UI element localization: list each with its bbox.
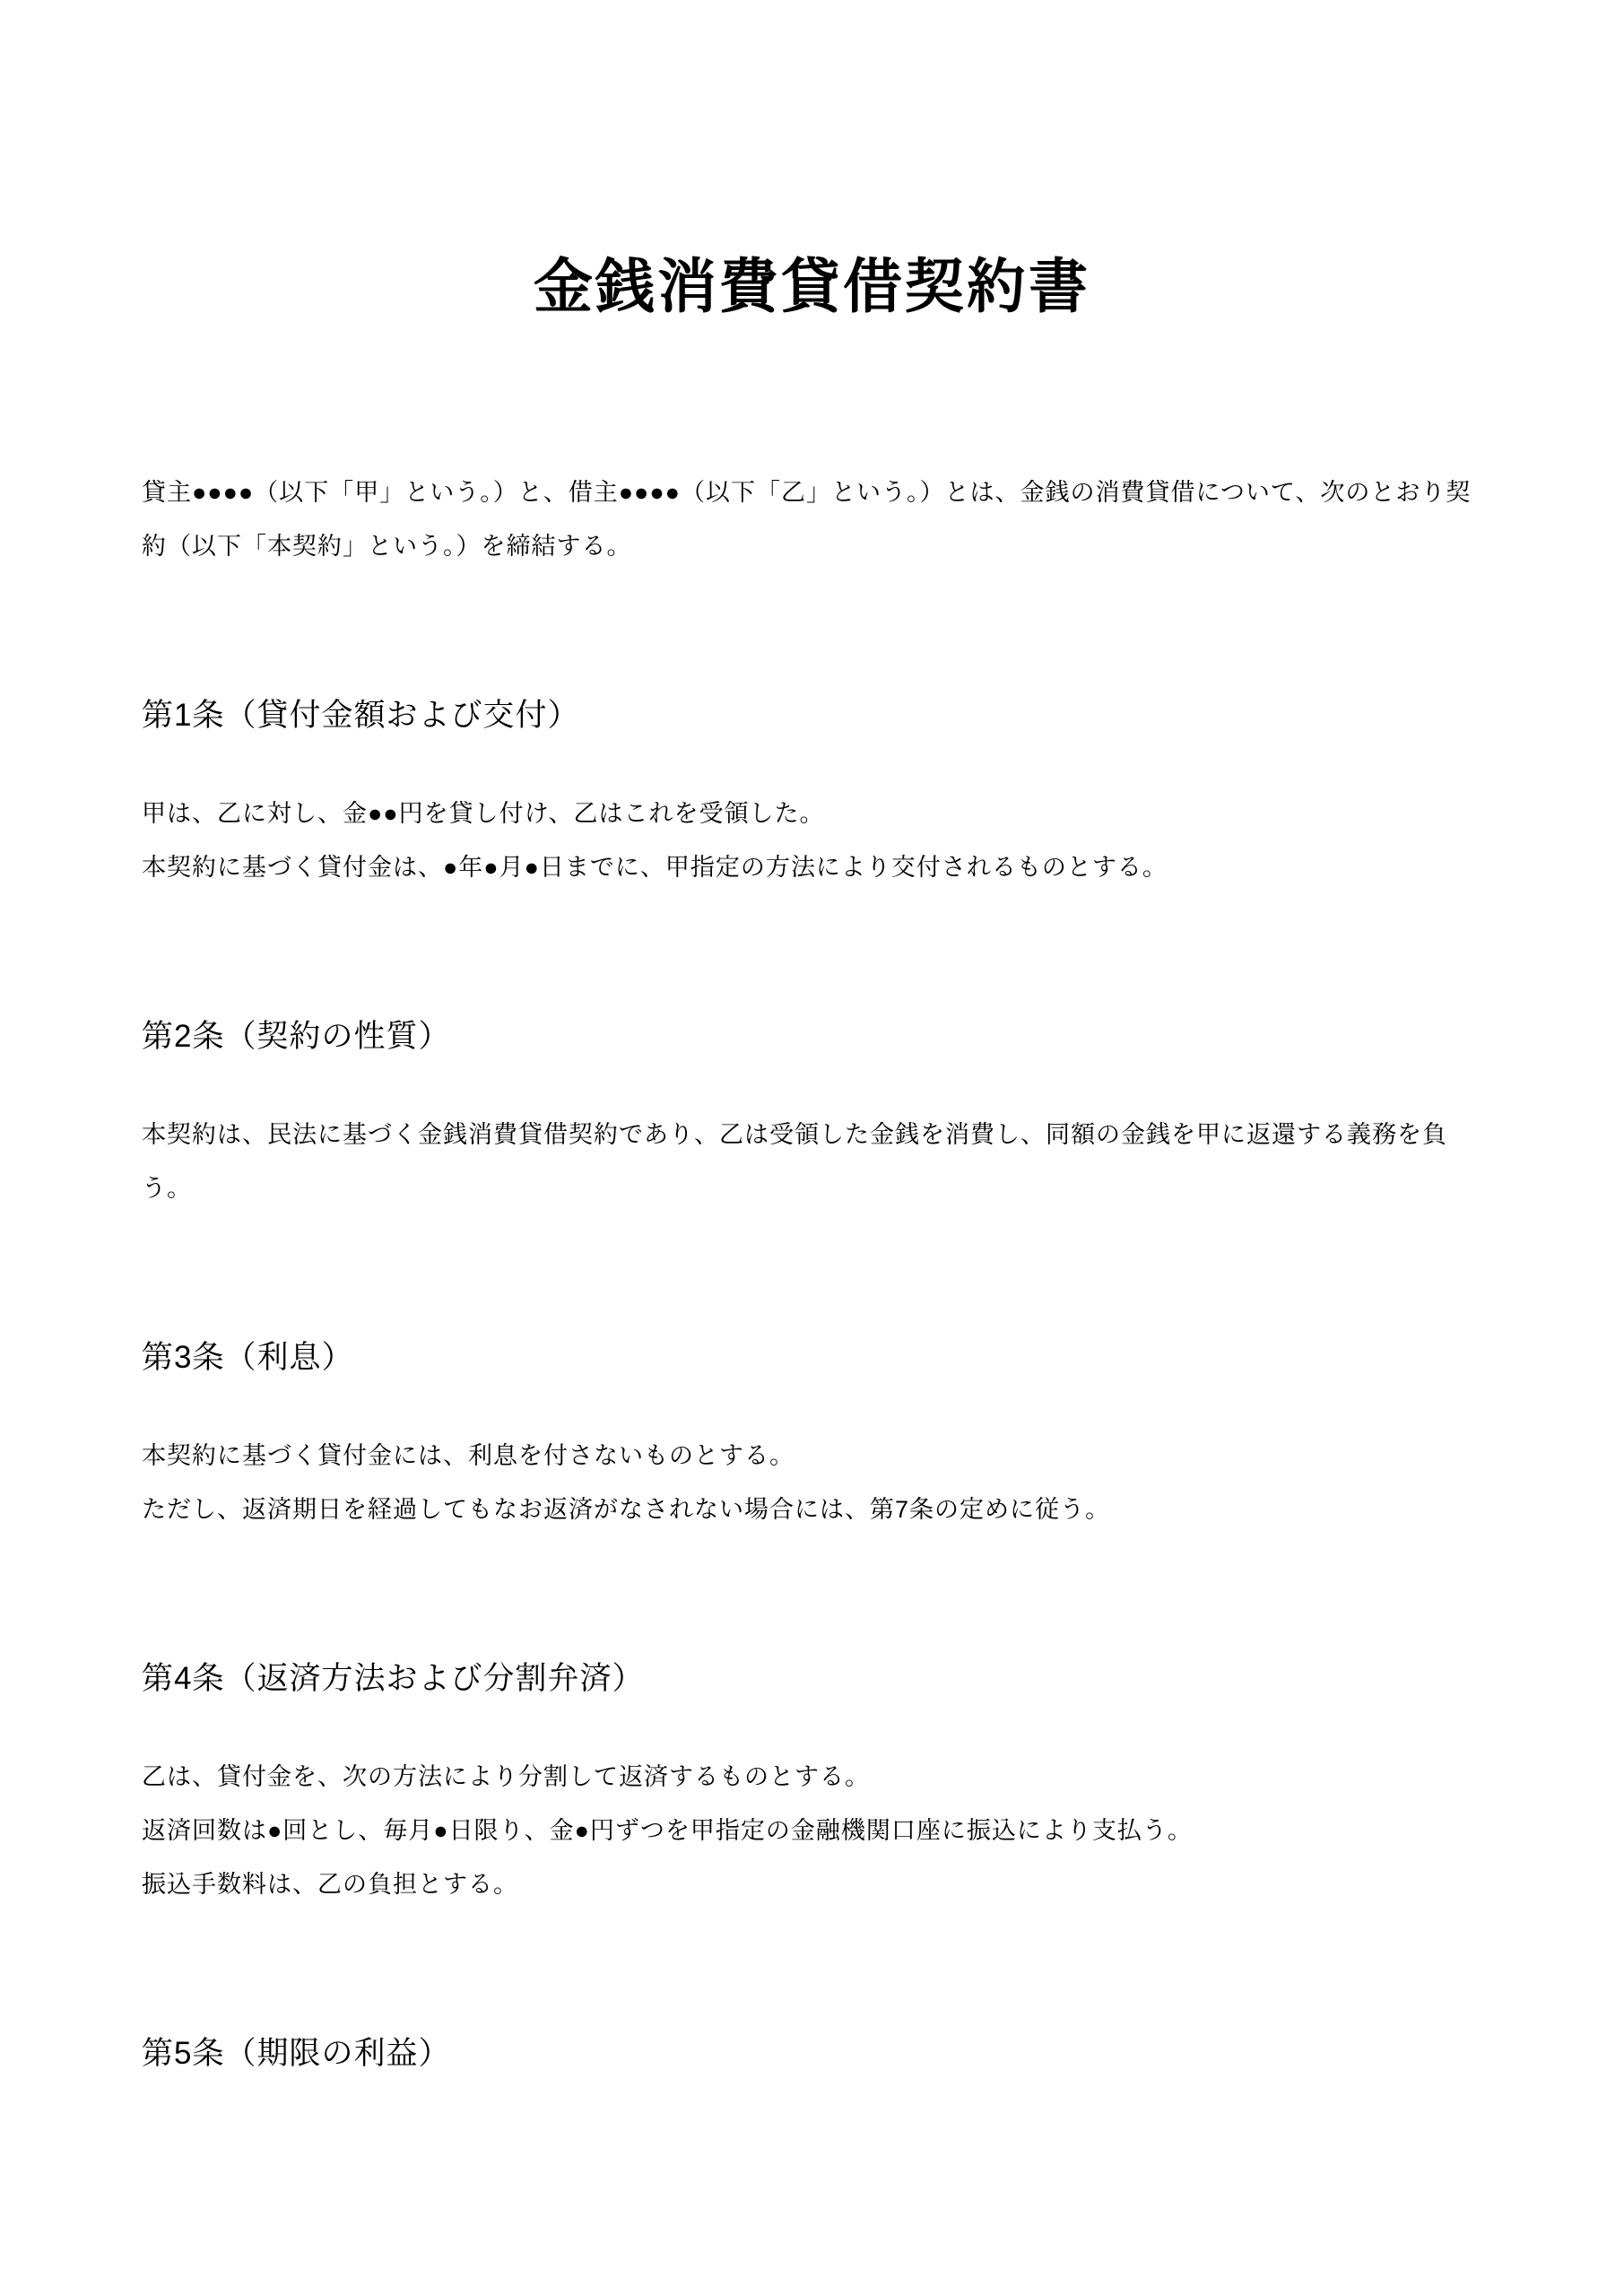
article-3-heading: 第3条（利息） (142, 1339, 1482, 1377)
article-4-heading: 第4条（返済方法および分割弁済） (142, 1660, 1482, 1698)
preamble-paragraph: 貸主●●●●（以下「甲」という。）と、借主●●●●（以下「乙」という。）とは、金… (142, 465, 1482, 573)
article-5-heading: 第5条（期限の利益） (142, 2035, 1482, 2073)
article-3-paragraph-2: ただし、返済期日を経過してもなお返済がなされない場合には、第7条の定めに従う。 (142, 1483, 1482, 1536)
article-2-paragraph-1: 本契約は、民法に基づく金銭消費貸借契約であり、乙は受領した金銭を消費し、同額の金… (142, 1108, 1482, 1215)
contract-document-page: 金銭消費貸借契約書 貸主●●●●（以下「甲」という。）と、借主●●●●（以下「乙… (0, 0, 1624, 2296)
article-1-paragraph-1: 甲は、乙に対し、金●●円を貸し付け、乙はこれを受領した。 (142, 787, 1482, 840)
article-5: 第5条（期限の利益） (142, 2035, 1482, 2073)
article-1: 第1条（貸付金額および交付） 甲は、乙に対し、金●●円を貸し付け、乙はこれを受領… (142, 697, 1482, 894)
document-title: 金銭消費貸借契約書 (142, 0, 1482, 324)
article-1-paragraph-2: 本契約に基づく貸付金は、●年●月●日までに、甲指定の方法により交付されるものとす… (142, 840, 1482, 894)
article-3: 第3条（利息） 本契約に基づく貸付金には、利息を付さないものとする。 ただし、返… (142, 1339, 1482, 1536)
article-4-paragraph-3: 振込手数料は、乙の負担とする。 (142, 1857, 1482, 1911)
article-4-paragraph-1: 乙は、貸付金を、次の方法により分割して返済するものとする。 (142, 1750, 1482, 1804)
article-3-paragraph-1: 本契約に基づく貸付金には、利息を付さないものとする。 (142, 1429, 1482, 1483)
article-4: 第4条（返済方法および分割弁済） 乙は、貸付金を、次の方法により分割して返済する… (142, 1660, 1482, 1911)
article-1-heading: 第1条（貸付金額および交付） (142, 697, 1482, 735)
article-4-paragraph-2: 返済回数は●回とし、毎月●日限り、金●円ずつを甲指定の金融機関口座に振込により支… (142, 1804, 1482, 1857)
article-2: 第2条（契約の性質） 本契約は、民法に基づく金銭消費貸借契約であり、乙は受領した… (142, 1018, 1482, 1215)
article-2-heading: 第2条（契約の性質） (142, 1018, 1482, 1056)
